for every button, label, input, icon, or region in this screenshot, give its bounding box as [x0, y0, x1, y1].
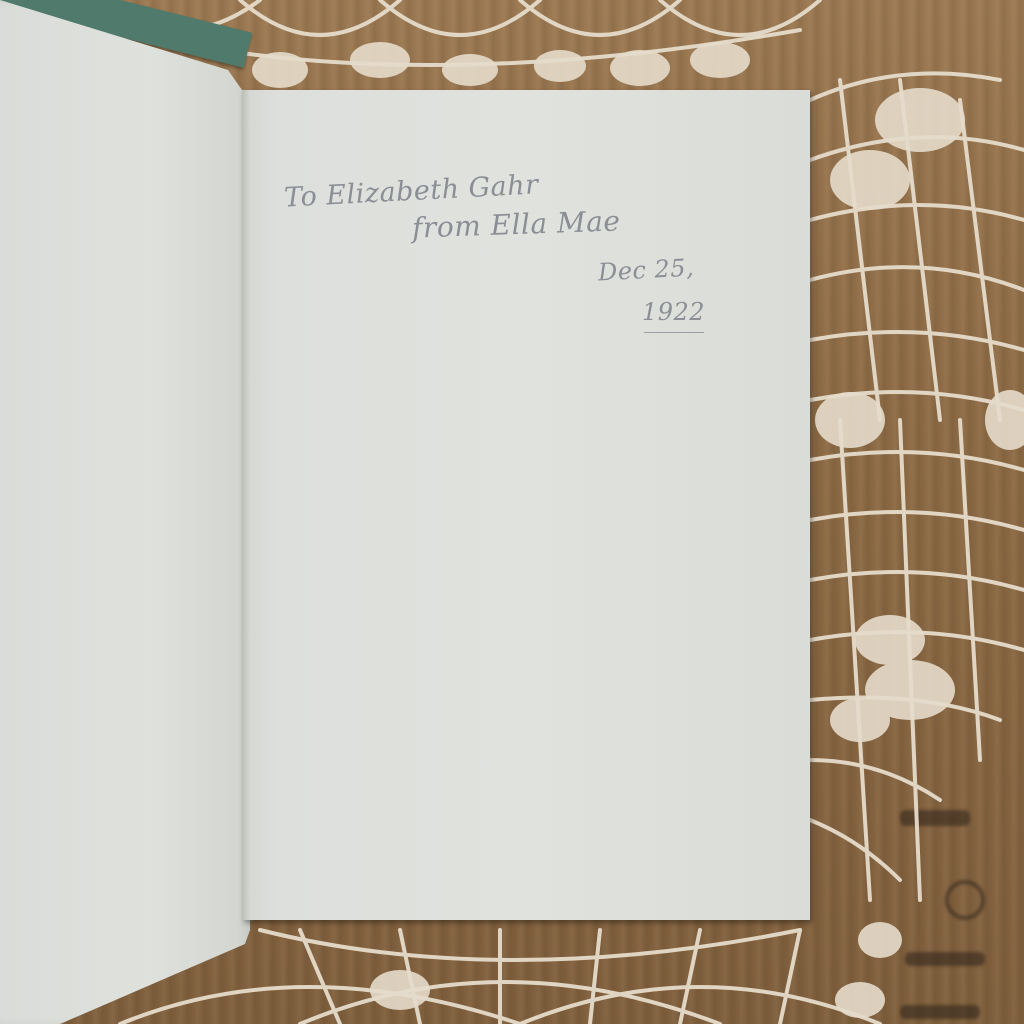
front-free-endpaper: To Elizabeth Gahr from Ella Mae Dec 25, … [242, 90, 810, 920]
page-gutter-shadow [242, 90, 250, 920]
inscription-giver: from Ella Mae [411, 204, 620, 244]
inscription-date: Dec 25, [597, 254, 695, 287]
year-underline [644, 332, 704, 333]
photo-scene: To Elizabeth Gahr from Ella Mae Dec 25, … [0, 0, 1024, 1024]
left-endpaper [0, 0, 250, 1024]
inscription-recipient: To Elizabeth Gahr [283, 169, 539, 213]
inscription-year: 1922 [642, 298, 705, 326]
